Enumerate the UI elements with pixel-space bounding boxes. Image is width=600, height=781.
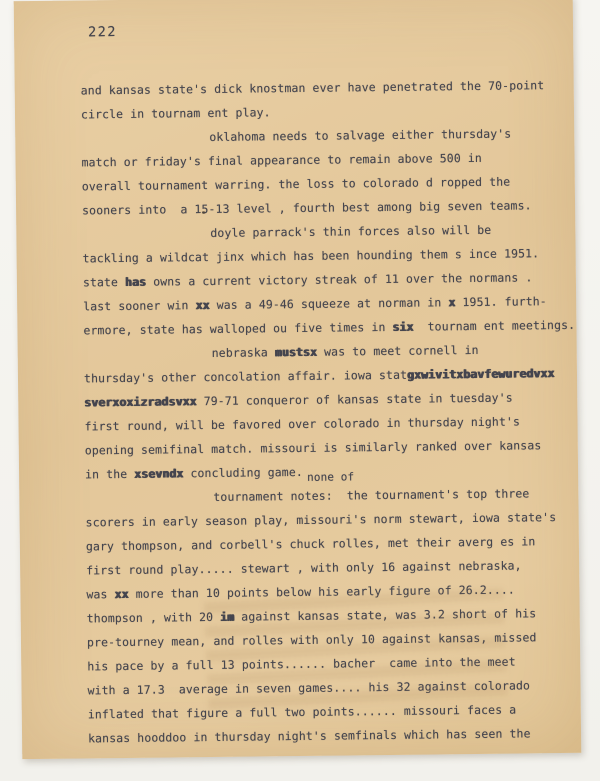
paragraph: and kansas state's dick knostman ever ha… [81,73,555,126]
text-segment: scorers in early season play, missouri's… [86,510,557,529]
scan-background: 222 and kansas state's dick knostman eve… [0,0,600,781]
typewritten-page: 222 and kansas state's dick knostman eve… [14,0,582,759]
text-segment: 1951. furth- [455,294,546,309]
text-segment: thursday's other concolation affair. iow… [84,368,407,386]
text-segment: gary thompson, and corbell's chuck rolle… [86,534,536,553]
overstruck-text: xx [114,587,128,601]
text-segment: overall tournament warring. the loss to … [82,175,511,194]
text-segment: last sooner win [83,298,196,313]
paragraph: doyle parrack's thin forces also will be… [82,217,556,342]
text-segment: first round play..... stewart , with onl… [86,558,522,577]
text-segment: ermore, state has walloped ou five times… [83,320,392,338]
overstruck-text: sverxoxizradsvxx [84,394,197,409]
text-segment: was a 49-46 squeeze at norman in [210,295,449,312]
text-segment: first round, will be favored over colora… [84,414,520,433]
paragraph: oklahoma needs to salvage either thursda… [81,121,555,222]
text-segment: tournament notes: the tournament's top t… [213,486,529,504]
overstruck-text: im [220,610,234,624]
text-segment: nebraska [212,345,275,360]
overstruck-text: gxwivitxbavfewuredvxx [407,366,555,382]
text-segment: and kansas state's dick knostman ever ha… [81,78,545,97]
text-segment: inflated that figure a full two points..… [88,703,517,722]
text-segment: tackling a wildcat jinx which has been h… [83,246,540,265]
text-segment: against kansas state, was 3.2 short of h… [234,606,536,623]
text-segment: kansas hooddoo in thursday night's semfi… [88,726,531,745]
text-segment: with a 17.3 average in seven games.... h… [87,678,530,697]
text-segment: pre-tourney mean, and rolles with only 1… [87,630,537,649]
text-segment: owns a current victory streak of 11 over… [146,270,532,288]
overstruck-text: six [392,320,413,334]
text-segment: tournam ent meetings. [413,318,575,334]
text-segment: doyle parrack's thin forces also will be [210,223,491,240]
text-segment: opening semifinal match. missouri is sim… [85,438,542,457]
text-line: kansas hooddoo in thursday night's semfi… [88,721,561,750]
paper-speck [202,211,205,214]
text-segment: match or friday's final appearance to re… [81,151,481,170]
overstruck-text: xx [195,298,209,312]
text-segment: oklahoma needs to salvage either thursda… [209,127,511,144]
text-segment: was to meet cornell in [317,343,479,359]
text-segment: thompson , with 20 [87,610,221,626]
text-segment: sooners into a 15-13 level , fourth best… [82,198,532,217]
text-segment: none of [307,470,354,484]
overstruck-text: mustsx [275,345,317,359]
text-segment: 79-71 conqueror of kansas state in tuesd… [197,391,513,409]
overstruck-text: xsevndx [134,466,183,481]
text-segment: state [83,275,125,289]
text-segment: circle in tournam ent play. [81,105,271,121]
text-segment: his pace by a full 13 points...... bache… [87,655,516,674]
paragraph: nebraska mustsx was to meet cornell inth… [84,337,559,486]
text-segment: in the [85,467,134,482]
page-text: and kansas state's dick knostman ever ha… [81,73,562,750]
text-segment: concluding game. [183,465,303,480]
text-segment: more than 10 points below his early figu… [129,583,515,601]
paragraph: none oftournament notes: the tournament'… [85,481,561,750]
overstruck-text: has [125,275,146,289]
text-segment: was [86,587,114,601]
page-number: 222 [88,24,117,40]
